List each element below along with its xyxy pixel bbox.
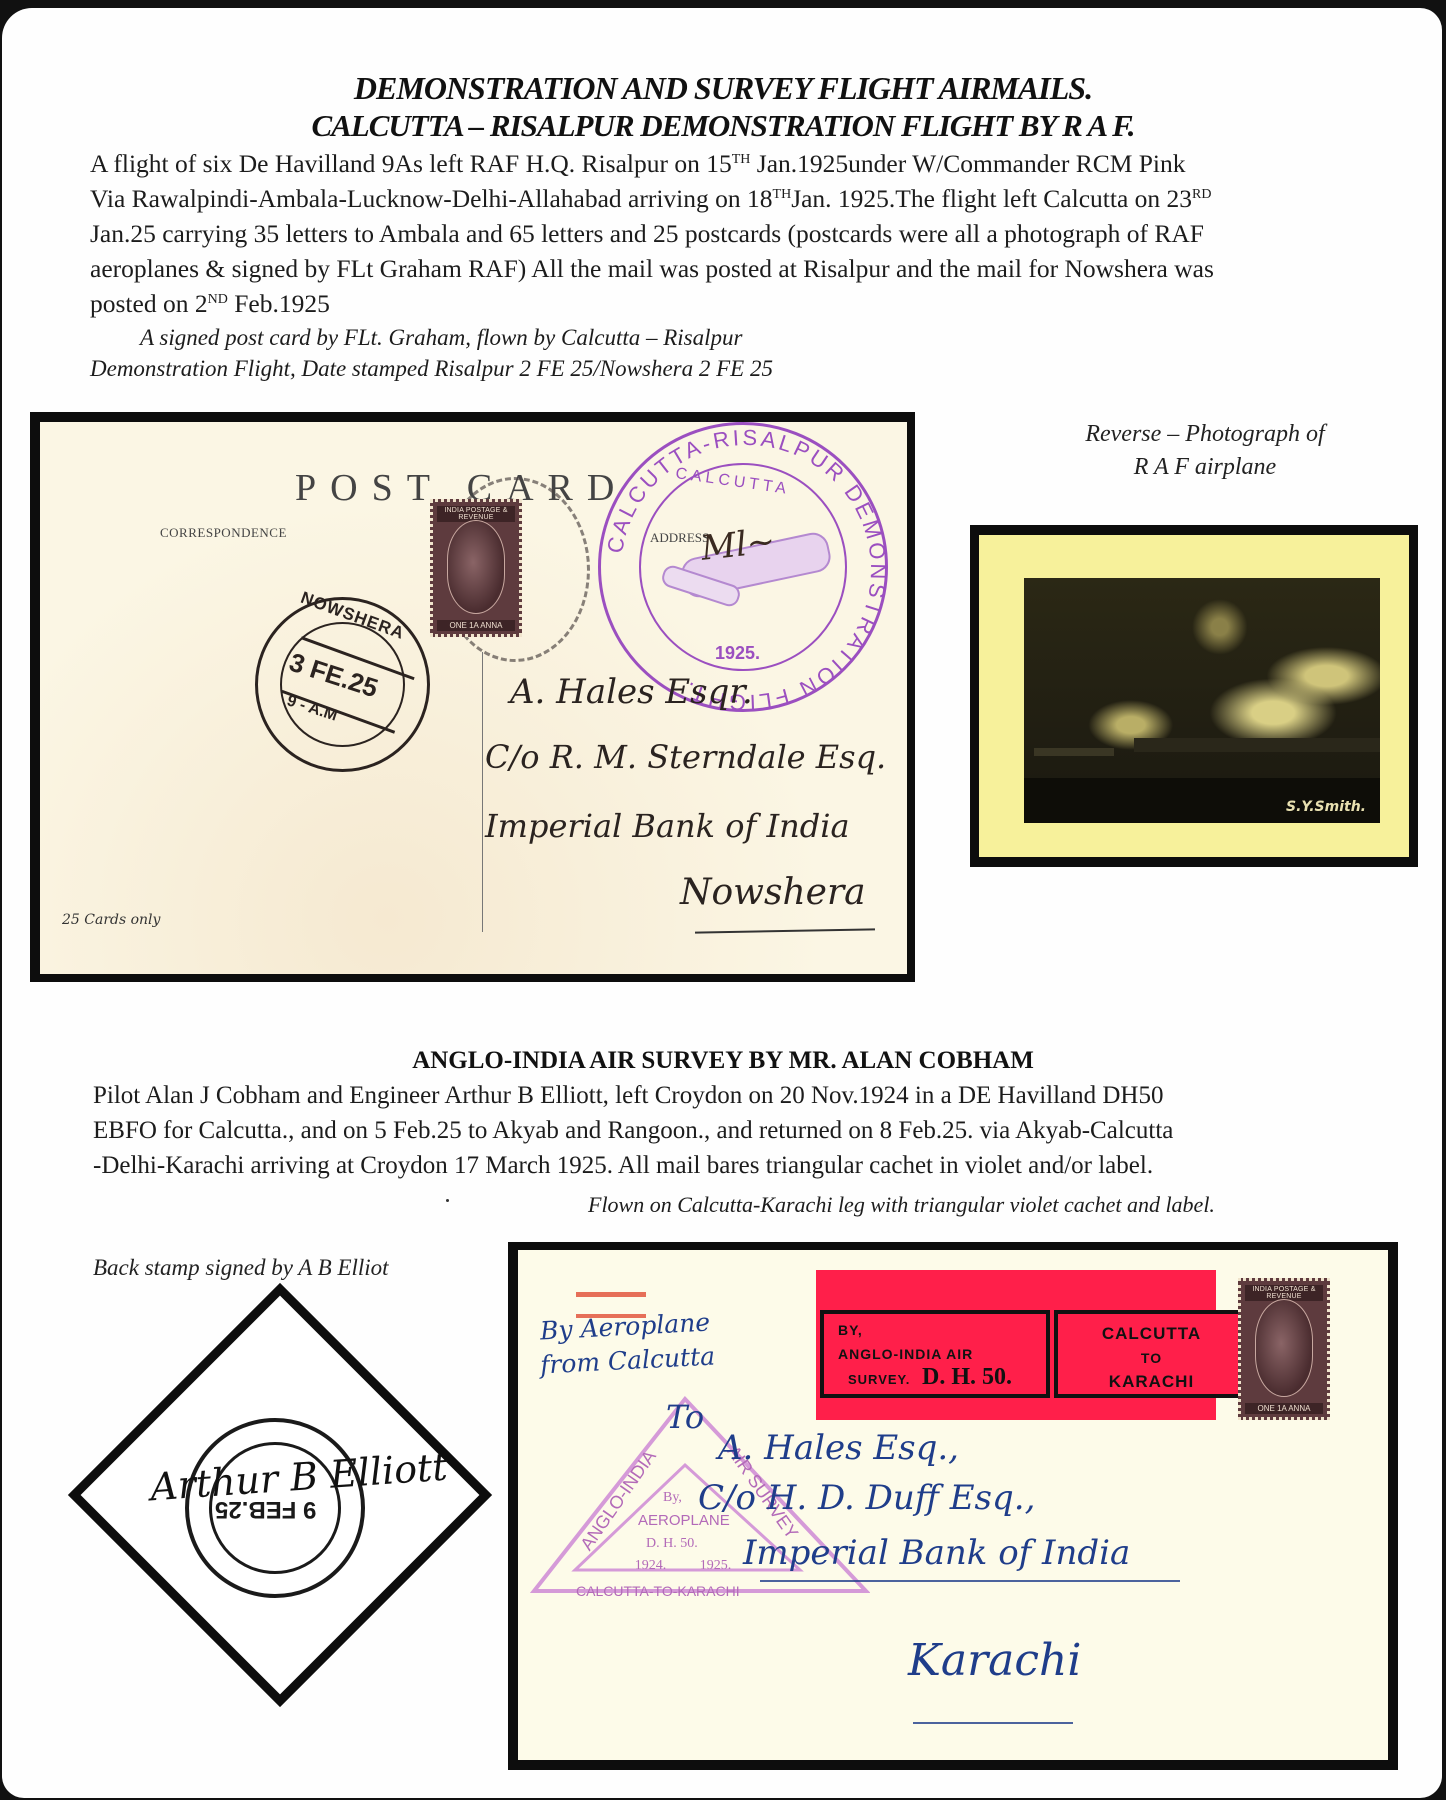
- photo-mat: S.Y.Smith.: [979, 535, 1409, 857]
- label-right-box: CALCUTTA TO KARACHI: [1054, 1310, 1249, 1398]
- postcard-caption: A signed post card by FLt. Graham, flown…: [90, 322, 773, 384]
- address-line: Imperial Bank of India: [485, 807, 850, 845]
- address-line: Karachi: [908, 1635, 1081, 1686]
- label-by: BY,: [838, 1322, 863, 1338]
- handwritten-endorsement: from Calcutta: [539, 1341, 715, 1379]
- caption-line: R A F airplane: [1035, 451, 1375, 484]
- description-line: posted on 2ND Feb.1925: [90, 286, 1430, 321]
- page-title: DEMONSTRATION AND SURVEY FLIGHT AIRMAILS…: [0, 70, 1446, 107]
- stamp-value-text: ONE 1A ANNA: [437, 620, 515, 631]
- description-line: Via Rawalpindi-Ambala-Lucknow-Delhi-Alla…: [90, 181, 1430, 216]
- page-subtitle: CALCUTTA – RISALPUR DEMONSTRATION FLIGHT…: [0, 108, 1446, 144]
- correspondence-label: CORRESPONDENCE: [160, 525, 287, 541]
- demonstration-flight-cachet: CALCUTTA-RISALPUR DEMONSTRATION FLIGHT. …: [598, 422, 888, 712]
- one-anna-stamp: INDIA POSTAGE & REVENUE ONE 1A ANNA: [1238, 1278, 1330, 1420]
- address-prefix: To: [666, 1398, 704, 1436]
- label-route-line: TO: [1058, 1346, 1245, 1370]
- address-line: A. Hales Esq.,: [718, 1428, 959, 1468]
- graham-signature: Ml~: [699, 521, 777, 569]
- cards-note: 25 Cards only: [62, 912, 160, 928]
- description-line: -Delhi-Karachi arriving at Croydon 17 Ma…: [93, 1148, 1433, 1183]
- nowshera-postmark: NOWSHERA 3 FE.25 9 - A.M: [255, 597, 430, 772]
- description-line: EBFO for Calcutta., and on 5 Feb.25 to A…: [93, 1113, 1433, 1148]
- raf-airplane-photo: S.Y.Smith.: [1024, 578, 1380, 823]
- cachet-years: 1924. 1925.: [608, 1558, 758, 1574]
- reverse-photo: S.Y.Smith.: [970, 525, 1418, 867]
- label-survey: SURVEY.: [848, 1372, 910, 1387]
- king-portrait-icon: [1255, 1299, 1313, 1397]
- one-anna-stamp: INDIA POSTAGE & REVENUE ONE 1A ANNA: [430, 499, 522, 637]
- address-underline: [695, 928, 875, 933]
- cachet-route: CALCUTTA-TO-KARACHI: [576, 1583, 740, 1599]
- envelope: By Aeroplane from Calcutta BY, ANGLO-IND…: [508, 1242, 1398, 1770]
- address-line: A. Hales Esqr.: [510, 672, 753, 712]
- address-line: Nowshera: [680, 872, 866, 913]
- address-underline: [760, 1580, 1180, 1582]
- address-line: C/o H. D. Duff Esq.,: [698, 1478, 1035, 1518]
- survey-description: Pilot Alan J Cobham and Engineer Arthur …: [93, 1078, 1433, 1183]
- biplane-upper-wing: [1134, 738, 1380, 752]
- reverse-caption: Reverse – Photograph of R A F airplane: [1035, 418, 1375, 484]
- address-underline: [913, 1722, 1073, 1724]
- caption-line: A signed post card by FLt. Graham, flown…: [90, 322, 773, 353]
- label-route-line: KARACHI: [1058, 1370, 1245, 1394]
- label-route-line: CALCUTTA: [1058, 1322, 1245, 1346]
- postcard-divider: [482, 652, 483, 932]
- photographer-signature: S.Y.Smith.: [1286, 799, 1366, 815]
- section-title: ANGLO-INDIA AIR SURVEY BY MR. ALAN COBHA…: [0, 1047, 1446, 1075]
- address-line: C/o R. M. Sterndale Esq.: [485, 738, 886, 776]
- label-dh50: D. H. 50.: [922, 1364, 1012, 1391]
- description-line: aeroplanes & signed by FLt Graham RAF) A…: [90, 251, 1430, 286]
- envelope-caption: Flown on Calcutta-Karachi leg with trian…: [588, 1189, 1215, 1220]
- postcard: POST CARD CORRESPONDENCE ADDRESS NOWSHER…: [30, 412, 915, 982]
- stamp-value-text: ONE 1A ANNA: [1245, 1403, 1323, 1414]
- flight-description: A flight of six De Havilland 9As left RA…: [90, 146, 1430, 321]
- postcard-surface: POST CARD CORRESPONDENCE ADDRESS NOWSHER…: [40, 422, 907, 974]
- caption-line: Demonstration Flight, Date stamped Risal…: [90, 353, 773, 384]
- cachet-dh50: D. H. 50.: [646, 1536, 698, 1552]
- biplane-left-wing: [1034, 748, 1114, 756]
- description-line: A flight of six De Havilland 9As left RA…: [90, 146, 1430, 181]
- cachet-by: By,: [663, 1490, 682, 1506]
- backstamp-caption: Back stamp signed by A B Elliot: [93, 1255, 389, 1281]
- handwritten-endorsement: By Aeroplane: [539, 1308, 710, 1346]
- air-survey-label: BY, ANGLO-INDIA AIR SURVEY. D. H. 50. CA…: [816, 1270, 1216, 1420]
- address-line: Imperial Bank of India: [743, 1533, 1130, 1573]
- description-line: Pilot Alan J Cobham and Engineer Arthur …: [93, 1078, 1433, 1113]
- description-line: Jan.25 carrying 35 letters to Ambala and…: [90, 216, 1430, 251]
- cachet-year: 1925.: [715, 643, 760, 664]
- label-route: CALCUTTA TO KARACHI: [1058, 1322, 1245, 1394]
- label-left-box: BY, ANGLO-INDIA AIR SURVEY. D. H. 50.: [820, 1310, 1050, 1398]
- caption-line: Reverse – Photograph of: [1035, 418, 1375, 451]
- king-portrait-icon: [447, 520, 505, 614]
- envelope-surface: By Aeroplane from Calcutta BY, ANGLO-IND…: [518, 1250, 1388, 1760]
- label-anglo-india: ANGLO-INDIA AIR: [838, 1346, 973, 1362]
- stray-dot: [446, 1199, 449, 1202]
